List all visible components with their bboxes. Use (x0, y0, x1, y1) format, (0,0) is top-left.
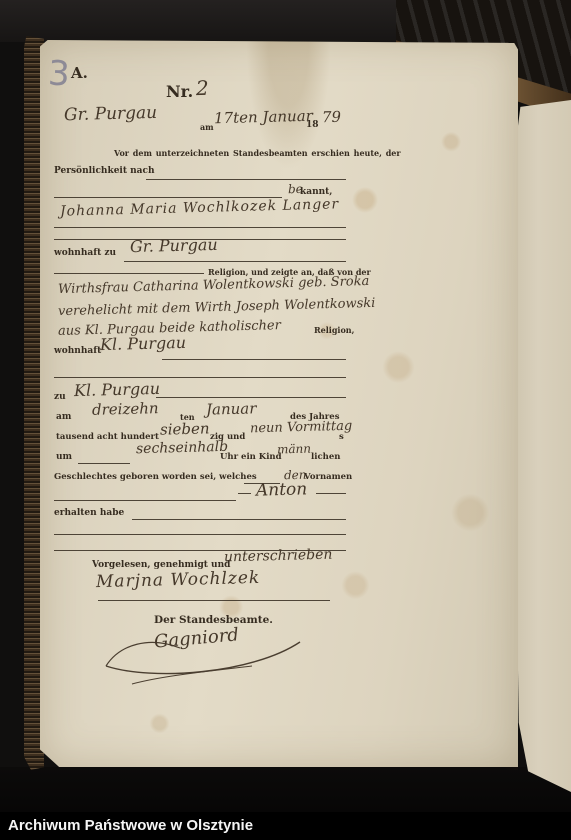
photo-background: 3 A. Nr. 2 Gr. Purgau am 17ten Januar 18… (0, 0, 571, 840)
time-hw: neun Vormittag (250, 419, 353, 437)
intro-line: Vor dem unterzeichneten Standesbeamten e… (114, 148, 401, 158)
registration-place: Gr. Purgau (64, 103, 158, 125)
wohnhaft-zu-label: wohnhaft zu (54, 248, 116, 258)
ruled-line (162, 359, 346, 360)
registration-date: 17ten Januar (214, 107, 313, 128)
unterschrieben-hw: unterschrieben (224, 547, 333, 566)
hour-hw: sechseinhalb (136, 439, 228, 457)
ruled-line (54, 227, 346, 228)
registrar-label: Der Standesbeamte. (154, 614, 273, 626)
form-letter: A. (71, 64, 88, 82)
next-page-edge (516, 100, 571, 792)
mother-line-1: Wirthsfrau Catharina Wolentkowski geb. S… (58, 274, 370, 297)
ruled-line (54, 500, 236, 501)
gender-hw: männ (277, 442, 311, 457)
pencil-page-number: 3 (47, 53, 71, 94)
dash-mark (238, 493, 251, 494)
record-number-value: 2 (196, 76, 209, 100)
am-label: am (200, 122, 214, 132)
mother-line-2: verehelicht mit dem Wirth Joseph Wolentk… (58, 296, 376, 319)
lichen-label: lichen (311, 452, 340, 462)
bekannt-label: kannt, (300, 187, 332, 197)
document-page: 3 A. Nr. 2 Gr. Purgau am 17ten Januar 18… (40, 40, 518, 767)
year-suffix: 79 (322, 108, 342, 126)
declarant-signature: Marjna Wochlzek (96, 568, 261, 592)
erhalten-label: erhalten habe (54, 508, 124, 518)
um-label: um (56, 452, 72, 462)
uhr-label: Uhr ein Kind (220, 452, 282, 462)
ruled-line (98, 600, 330, 601)
registrar-signature-block: Gagniord (102, 626, 312, 686)
persoenlichkeit-label: Persönlichkeit nach (54, 166, 155, 176)
ruled-line (156, 397, 346, 398)
parents-residence: Kl. Purgau (100, 333, 187, 354)
religion-label: Religion, (314, 325, 354, 335)
declarant-residence: Gr. Purgau (130, 235, 218, 256)
ruled-line (54, 534, 346, 535)
declarant-name: Johanna Maria Wochlkozek Langer (60, 196, 340, 219)
wohnhaft-label: wohnhaft (54, 346, 101, 356)
ruled-line (316, 493, 346, 494)
birth-day: dreizehn (92, 399, 159, 419)
vornamen-label: Vornamen (304, 472, 352, 482)
decade-hw: sieben (160, 419, 210, 438)
archive-caption: Archiwum Państwowe w Olsztynie (0, 812, 571, 840)
year-prefix: 18 (306, 120, 319, 130)
background-bottom-shade (0, 767, 571, 812)
s-label: s (339, 432, 344, 442)
ruled-line (78, 463, 130, 464)
ruled-line (146, 179, 346, 180)
geschlecht-label: Geschlechtes geboren worden sei, welches (54, 472, 257, 482)
archive-caption-bar: Archiwum Państwowe w Olsztynie (0, 812, 571, 840)
child-name: Anton (256, 479, 308, 500)
birth-month: Januar (206, 399, 257, 418)
ruled-line (54, 273, 204, 274)
am2-label: am (56, 412, 71, 422)
ruled-line (54, 377, 346, 378)
birth-place: Kl. Purgau (74, 379, 161, 400)
record-number-label: Nr. (166, 82, 193, 101)
zu-label: zu (54, 392, 66, 402)
ruled-line (132, 519, 346, 520)
ruled-line (124, 261, 346, 262)
